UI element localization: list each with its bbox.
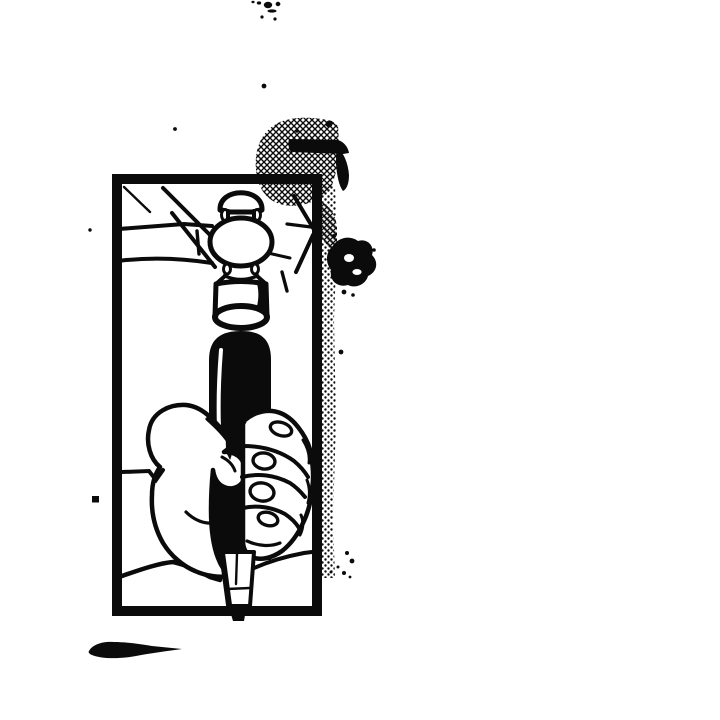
mallet-ball [210,218,272,266]
framed-scene [118,187,319,606]
illustration-canvas [0,0,720,720]
chisel-ferrule [221,552,254,606]
ink-dash [89,642,182,658]
mallet [210,193,272,328]
handle-highlight [219,350,221,428]
mallet-face [215,306,267,328]
square-mark [92,496,99,503]
scan-speckles-top [251,1,280,21]
illustration: A fist grips an upright chisel by its da… [0,0,720,720]
